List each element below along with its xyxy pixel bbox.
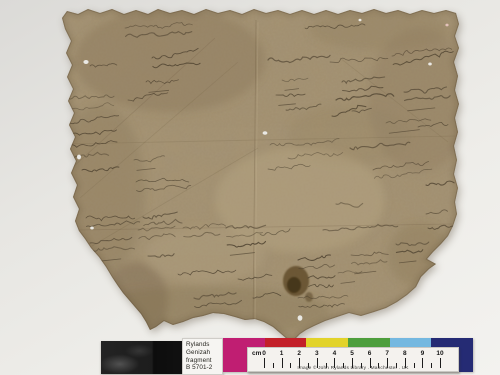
- ruler-number: 1: [280, 350, 284, 357]
- shelfmark-label: Rylands Genizah fragment B 5701-2: [182, 338, 223, 375]
- manuscript-photo: [0, 0, 500, 375]
- cm-ruler: cm 012345678910 Image © John Rylands Lib…: [247, 347, 459, 372]
- ruler-number: 10: [436, 350, 443, 357]
- ruler-number: 3: [315, 350, 319, 357]
- ruler-number: 4: [333, 350, 337, 357]
- ruler-number: 9: [421, 350, 425, 357]
- photo-canvas: Rylands Genizah fragment B 5701-2 cm 012…: [0, 0, 500, 375]
- ruler-number: 6: [368, 350, 372, 357]
- shelfmark-line: fragment: [186, 357, 222, 365]
- ruler-number: 8: [403, 350, 407, 357]
- shelfmark-line: Rylands: [186, 341, 222, 349]
- black-calibration-patch: [101, 341, 186, 374]
- ruler-number: 0: [262, 350, 266, 357]
- ruler-unit-label: cm: [252, 350, 261, 357]
- shelfmark-line: Genizah: [186, 349, 222, 357]
- ruler-number: 2: [297, 350, 301, 357]
- shelfmark-line: B 5701-2: [186, 364, 222, 372]
- copyright-line: Image © John Rylands Library . Mancheste…: [248, 366, 458, 371]
- ruler-number: 5: [350, 350, 354, 357]
- ruler-number: 7: [385, 350, 389, 357]
